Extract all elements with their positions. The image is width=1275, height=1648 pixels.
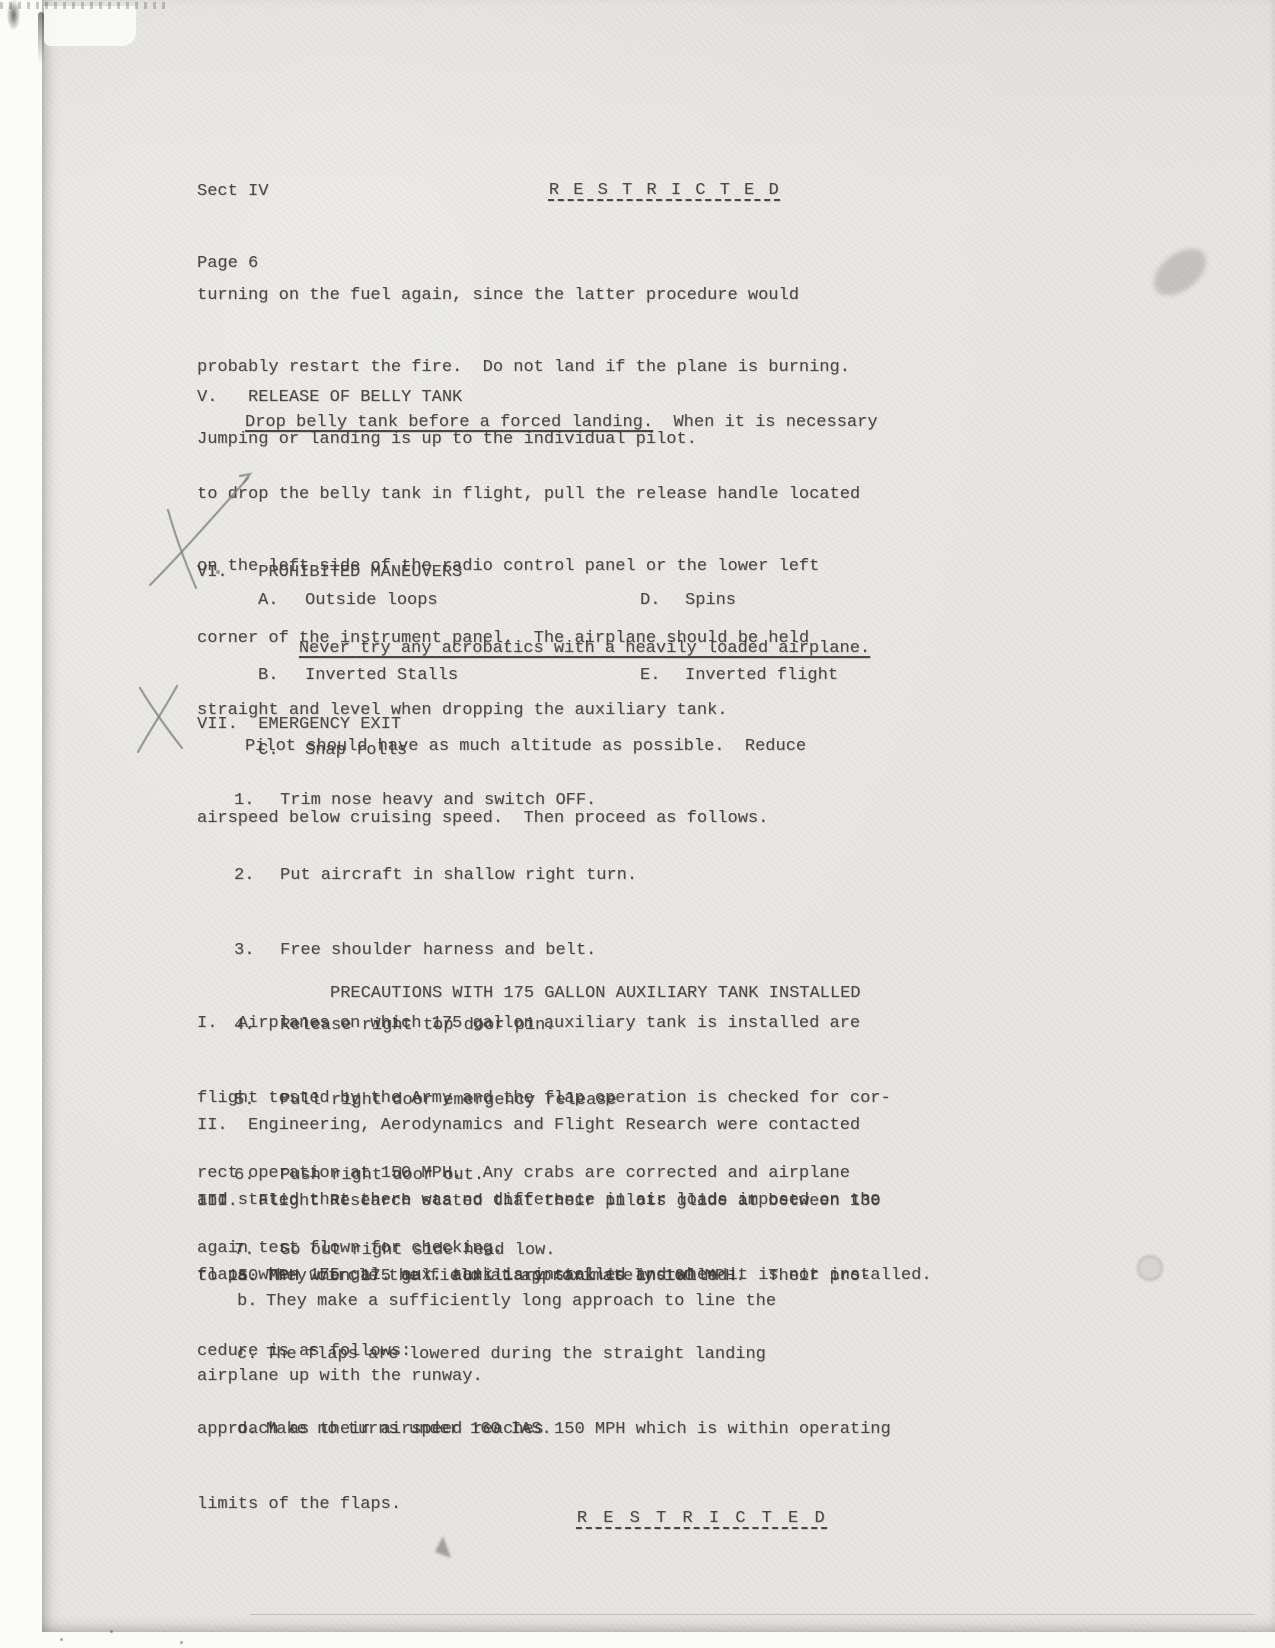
classification-header: R E S T R I C T E D — [508, 155, 781, 227]
procedure-item-d: d.Make no turns under 160 IAS. — [197, 1367, 552, 1492]
step-text: Make no turns under 160 IAS. — [266, 1420, 552, 1439]
underlined-sentence: Drop belly tank before a forced landing. — [245, 413, 653, 432]
step-number: 3. — [234, 938, 280, 963]
item-text: Outside loops — [305, 591, 438, 610]
scan-artifact-corner-mark — [7, 0, 20, 30]
step-text: Trim nose heavy and switch OFF. — [280, 791, 596, 810]
list-item: D.Spins — [640, 588, 838, 613]
scan-artifact-speck — [180, 1641, 183, 1644]
numbered-step: 1.Trim nose heavy and switch OFF. — [234, 788, 637, 813]
lettered-step: c.The flaps are lowered during the strai… — [197, 1342, 891, 1367]
paragraph-line: III. Flight Research stated that their p… — [197, 1189, 881, 1214]
item-letter: A. — [258, 588, 305, 613]
step-number: 1. — [234, 788, 280, 813]
item-letter: D. — [640, 588, 685, 613]
classification-footer: R E S T R I C T E D — [536, 1483, 828, 1555]
scan-artifact-speck — [60, 1638, 63, 1641]
paragraph-line: I. Airplanes on which 175 gallon auxilia… — [197, 1011, 891, 1036]
paragraph-line: to drop the belly tank in flight, pull t… — [197, 483, 878, 507]
lettered-step: d.Make no turns under 160 IAS. — [197, 1417, 552, 1442]
step-number: 2. — [234, 863, 280, 888]
numbered-step: 2.Put aircraft in shallow right turn. — [234, 863, 637, 888]
document-page: Sect IV Page 6 R E S T R I C T E D turni… — [0, 0, 1275, 1648]
scan-artifact-speck — [110, 1630, 113, 1633]
scan-artifact-notch — [44, 6, 136, 46]
paragraph-line: II. Engineering, Aerodynamics and Flight… — [197, 1113, 932, 1138]
step-letter: c. — [237, 1342, 266, 1367]
list-item: A.Outside loops — [258, 588, 458, 613]
classification-stamp-top: R E S T R I C T E D — [549, 181, 781, 200]
scan-artifact-top-specks — [0, 2, 165, 9]
scan-artifact-edge-mark — [38, 12, 44, 64]
step-text: The flaps are lowered during the straigh… — [266, 1345, 766, 1364]
item-text: Spins — [685, 591, 736, 610]
paragraph-line: Drop belly tank before a forced landing.… — [197, 411, 878, 435]
section-label: Sect IV — [197, 180, 268, 204]
step-text: Put aircraft in shallow right turn. — [280, 866, 637, 885]
scan-artifact-bottom-line — [250, 1614, 1255, 1615]
paragraph-line: turning on the fuel again, since the lat… — [197, 284, 850, 308]
warning-underlined: Never try any acrobatics with a heavily … — [299, 639, 870, 658]
classification-stamp-bottom: R E S T R I C T E D — [577, 1509, 828, 1528]
step-letter: d. — [237, 1417, 266, 1442]
sentence-continuation: When it is necessary — [653, 413, 877, 432]
